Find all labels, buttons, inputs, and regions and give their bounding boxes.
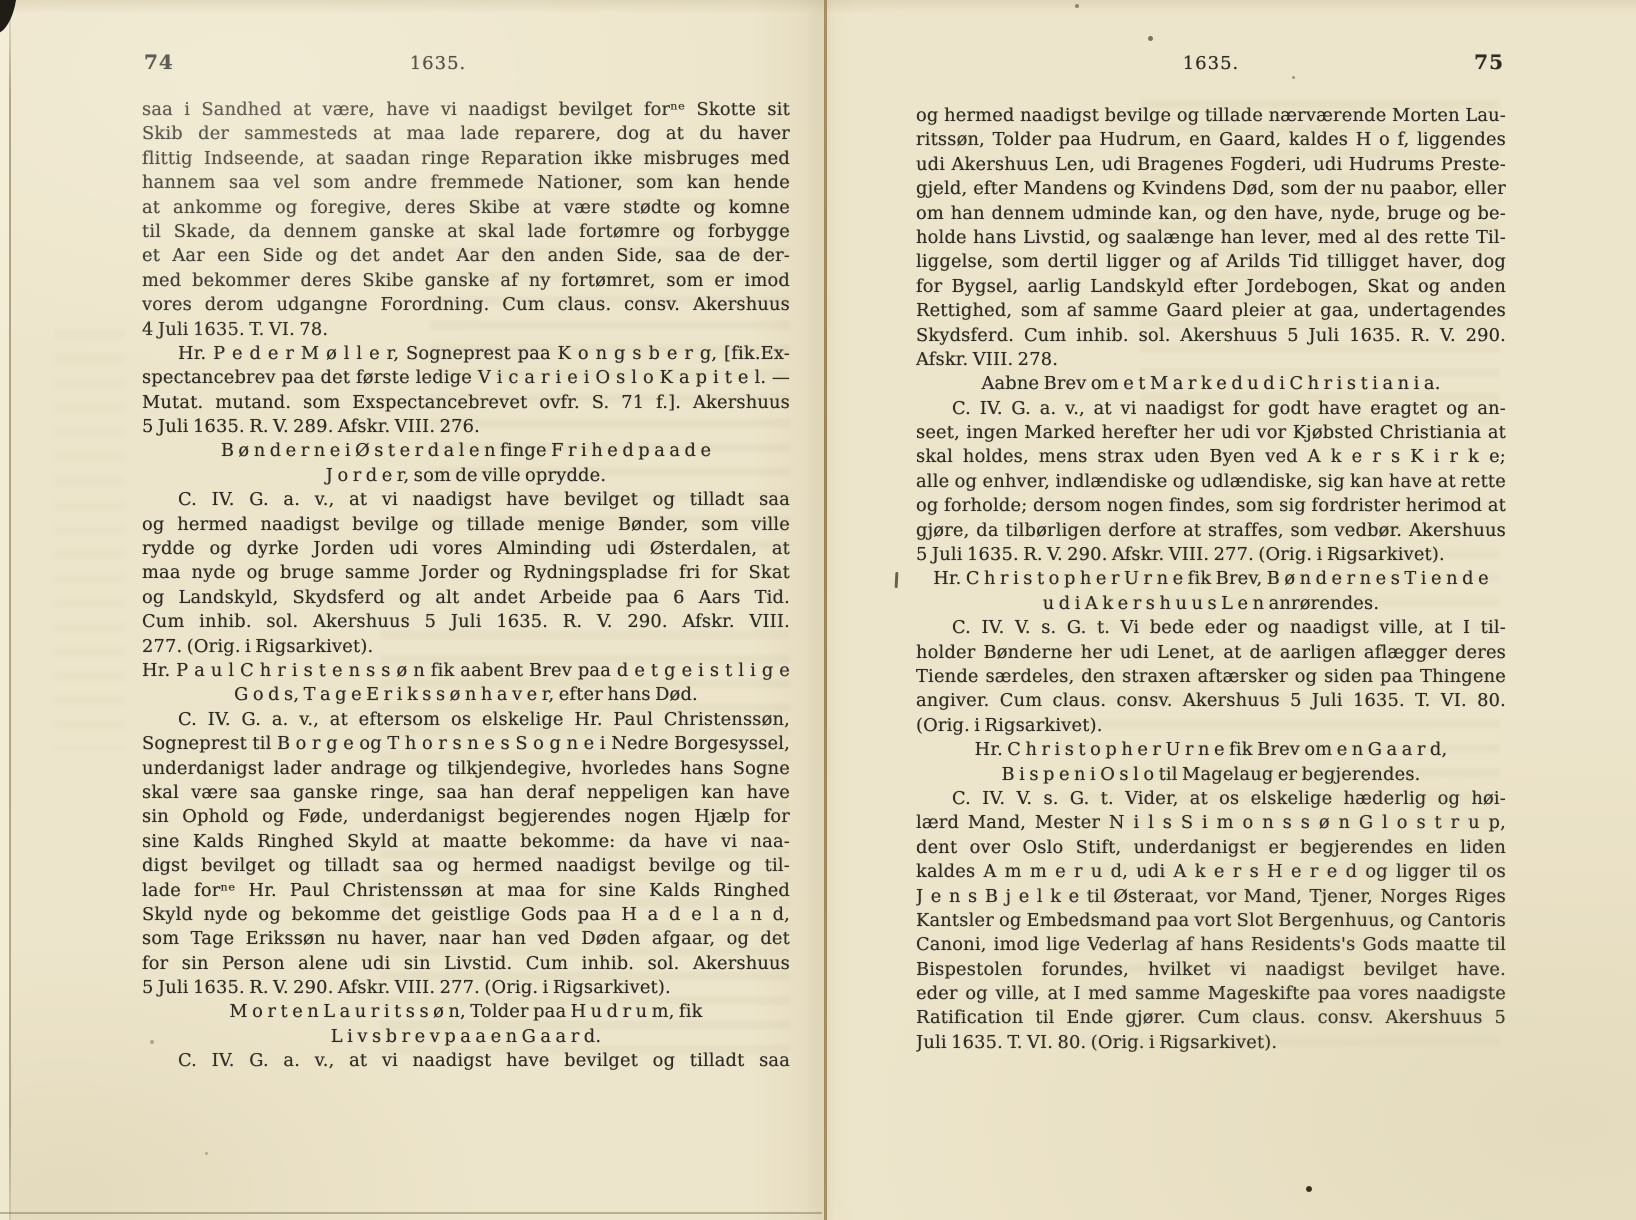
text-line: Afskr. VIII. 278. [916, 348, 1506, 372]
page-edge-highlight [0, 0, 9, 1220]
text-line: gjøre, da tilbørligen derfore at straffe… [916, 519, 1506, 543]
bleedthrough-text [55, 330, 125, 750]
text-line: vores derom udgangne Forordning. Cum cla… [142, 293, 790, 317]
text-line: C. IV. V. s. G. t. Vider, at os elskelig… [916, 787, 1506, 811]
text-line: C. IV. G. a. v., at vi naadigst for godt… [916, 397, 1506, 421]
text-line: med bekommer deres Skibe ganske af ny fo… [142, 269, 790, 293]
running-head-year-right: 1635. [916, 53, 1506, 74]
text-line: Bispestolen forundes, hvilket vi naadigs… [916, 958, 1506, 982]
text-line: underdanigst lader andrage og tilkjendeg… [142, 757, 790, 781]
page-number-right: 75 [1474, 50, 1504, 74]
text-line: C. IV. G. a. v., at eftersom os elskelig… [142, 708, 790, 732]
page-edge-bottom [0, 1212, 822, 1214]
ink-speck [1148, 36, 1153, 41]
text-line: L i v s b r e v p a a e n G a a r d. [142, 1025, 790, 1049]
text-line: Cum inhib. sol. Akershuus 5 Juli 1635. R… [142, 610, 790, 634]
text-line: sine Kalds Ringhed Skyld at maatte bekom… [142, 830, 790, 854]
text-line: C. IV. G. a. v., at vi naadigst have bev… [142, 1049, 790, 1073]
text-line: og hermed naadigst bevilge og tillade me… [142, 513, 790, 537]
text-line: for Bygsel, aarlig Landskyld efter Jorde… [916, 275, 1506, 299]
text-line: digst bevilget og tilladt saa og hermed … [142, 854, 790, 878]
page-74: 74 1635. saa i Sandhed at være, have vi … [142, 0, 790, 1220]
text-line: Skib der sammesteds at maa lade reparere… [142, 122, 790, 146]
text-line: Ratification til Ende gjører. Cum claus.… [916, 1006, 1506, 1030]
text-line: Mutat. mutand. som Exspectancebrevet ovf… [142, 391, 790, 415]
text-line: spectancebrev paa det første ledige V i … [142, 366, 790, 390]
text-block-right: og hermed naadigst bevilge og tillade næ… [916, 104, 1506, 1055]
text-line: skal være saa ganske ringe, saa han dera… [142, 781, 790, 805]
text-line: hannem saa vel som andre fremmede Nation… [142, 171, 790, 195]
text-line: eder og ville, at I med samme Mageskifte… [916, 982, 1506, 1006]
ink-speck [150, 1040, 154, 1044]
text-line: kaldes A m m e r u d, udi A k e r s H e … [916, 860, 1506, 884]
text-line: Hr. C h r i s t o p h e r U r n e fik Br… [916, 738, 1506, 762]
page-edge-left [9, 0, 11, 1220]
ink-speck [1075, 4, 1079, 8]
text-line: J o r d e r, som de ville oprydde. [142, 464, 790, 488]
text-line: 277. (Orig. i Rigsarkivet). [142, 635, 790, 659]
text-line: om han dennem udminde kan, og den have, … [916, 202, 1506, 226]
text-line: dent over Oslo Stift, underdanigst er be… [916, 836, 1506, 860]
text-line: ritssøn, Tolder paa Hudrum, en Gaard, ka… [916, 128, 1506, 152]
text-line: J e n s B j e l k e til Østeraat, vor Ma… [916, 885, 1506, 909]
text-line: flittig Indseende, at saadan ringe Repar… [142, 147, 790, 171]
text-line: som Tage Erikssøn nu haver, naar han ved… [142, 927, 790, 951]
text-line: sin Ophold og Føde, underdanigst begjere… [142, 805, 790, 829]
text-line: C. IV. V. s. G. t. Vi bede eder og naadi… [916, 616, 1506, 640]
text-line: angiver. Cum claus. consv. Akershuus 5 J… [916, 689, 1506, 713]
text-line: (Orig. i Rigsarkivet). [916, 714, 1506, 738]
text-line: og hermed naadigst bevilge og tillade næ… [916, 104, 1506, 128]
text-line: Rettighed, som af samme Gaard pleier at … [916, 299, 1506, 323]
text-line: saa i Sandhed at være, have vi naadigst … [142, 98, 790, 122]
text-line: liggelse, som dertil ligger og af Arilds… [916, 250, 1506, 274]
text-line: og Landskyld, Skydsferd og alt andet Arb… [142, 586, 790, 610]
text-line: til Skade, da dennem ganske at skal lade… [142, 220, 790, 244]
text-line: G o d s, T a g e E r i k s s ø n h a v e… [142, 683, 790, 707]
text-line: 5 Juli 1635. R. V. 290. Afskr. VIII. 277… [142, 976, 790, 1000]
text-line: Canoni, imod lige Vederlag af hans Resid… [916, 933, 1506, 957]
text-line: Aabne Brev om e t M a r k e d u d i C h … [916, 372, 1506, 396]
text-line: lade forⁿᵉ Hr. Paul Christenssøn at maa … [142, 879, 790, 903]
text-line: Hr. P a u l C h r i s t e n s s ø n fik … [142, 659, 790, 683]
text-line: holder Bønderne her udi Lenet, at de aar… [916, 641, 1506, 665]
text-line: holde hans Livstid, og saalænge han leve… [916, 226, 1506, 250]
ink-speck [1292, 76, 1295, 79]
book-scan: 74 1635. saa i Sandhed at være, have vi … [0, 0, 1636, 1220]
text-line: et Aar een Side og det andet Aar den and… [142, 244, 790, 268]
text-line: u d i A k e r s h u u s L e n anrørendes… [916, 592, 1506, 616]
text-line: og forholde; dersom nogen findes, som si… [916, 494, 1506, 518]
text-block-left: saa i Sandhed at være, have vi naadigst … [142, 98, 790, 1074]
text-line: Hr. P e d e r M ø l l e r, Sogneprest pa… [142, 342, 790, 366]
text-line: M o r t e n L a u r i t s s ø n, Tolder … [142, 1000, 790, 1024]
text-line: alle og enhver, indlændiske og udlændisk… [916, 470, 1506, 494]
text-line: at ankomme og foregive, deres Skibe at v… [142, 196, 790, 220]
text-line: seet, ingen Marked herefter her udi vor … [916, 421, 1506, 445]
text-line: skal holdes, mens strax uden Byen ved A … [916, 445, 1506, 469]
ink-speck [205, 1152, 208, 1155]
text-line: Sogneprest til B o r g e og T h o r s n … [142, 732, 790, 756]
text-line: B ø n d e r n e i Ø s t e r d a l e n fi… [142, 439, 790, 463]
text-line: Kantsler og Embedsmand paa vort Slot Ber… [916, 909, 1506, 933]
text-line: udi Akershuus Len, udi Bragenes Fogderi,… [916, 153, 1506, 177]
text-line: Tiende særdeles, den straxen aftærsker o… [916, 665, 1506, 689]
text-line: 5 Juli 1635. R. V. 290. Afskr. VIII. 277… [916, 543, 1506, 567]
text-line: for sin Person alene udi sin Livstid. Cu… [142, 952, 790, 976]
text-line: 5 Juli 1635. R. V. 289. Afskr. VIII. 276… [142, 415, 790, 439]
text-line: 4 Juli 1635. T. VI. 78. [142, 318, 790, 342]
text-line: Skyld nyde og bekomme det geistlige Gods… [142, 903, 790, 927]
text-line: Skydsferd. Cum inhib. sol. Akershuus 5 J… [916, 324, 1506, 348]
text-line: Juli 1635. T. VI. 80. (Orig. i Rigsarkiv… [916, 1031, 1506, 1055]
running-head-year-left: 1635. [86, 53, 790, 74]
ink-speck [1306, 1186, 1312, 1192]
text-line: C. IV. G. a. v., at vi naadigst have bev… [142, 488, 790, 512]
margin-mark [895, 572, 899, 588]
text-line: B i s p e n i O s l o til Magelaug er be… [916, 763, 1506, 787]
page-gutter-fold [824, 0, 827, 1220]
text-line: lærd Mand, Mester N i l s S i m o n s s … [916, 811, 1506, 835]
text-line: maa nyde og bruge samme Jorder og Rydnin… [142, 561, 790, 585]
text-line: gjeld, efter Mandens og Kvindens Død, so… [916, 177, 1506, 201]
text-line: Hr. C h r i s t o p h e r U r n e fik Br… [916, 567, 1506, 591]
text-line: rydde og dyrke Jorden udi vores Almindin… [142, 537, 790, 561]
page-75: 1635. 75 og hermed naadigst bevilge og t… [916, 0, 1506, 1220]
